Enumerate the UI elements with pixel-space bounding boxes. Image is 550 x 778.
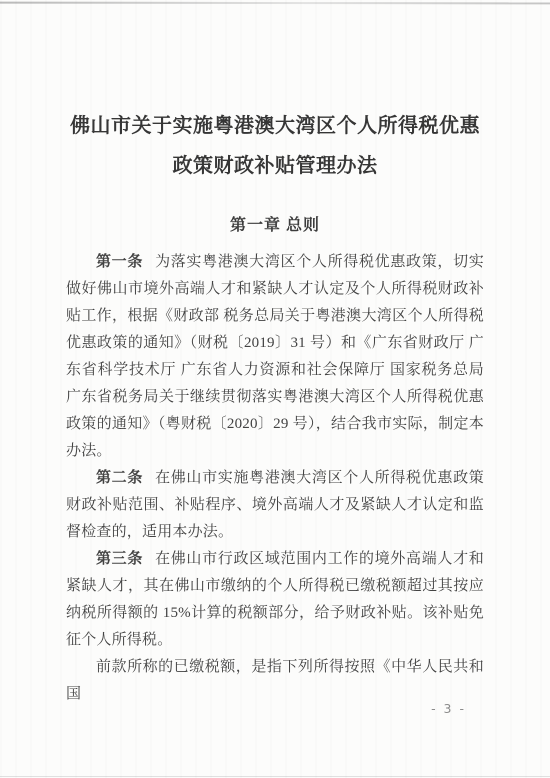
scan-artifact-top-edge: [0, 2, 550, 4]
document-title-line-2: 政策财政补贴管理办法: [0, 146, 550, 186]
article-1-text: 为落实粤港澳大湾区个人所得税优惠政策，切实做好佛山市境外高端人才和紧缺人才认定及…: [66, 254, 484, 459]
scan-artifact-bottom-edge: [0, 776, 550, 777]
article-3-continuation-text: 前款所称的已缴税额，是指下列所得按照《中华人民共和国: [66, 659, 484, 702]
document-title: 佛山市关于实施粤港澳大湾区个人所得税优惠 政策财政补贴管理办法: [0, 106, 550, 186]
document-body: 第一条为落实粤港澳大湾区个人所得税优惠政策，切实做好佛山市境外高端人才和紧缺人才…: [66, 249, 484, 708]
document-title-line-1: 佛山市关于实施粤港澳大湾区个人所得税优惠: [0, 106, 550, 146]
article-3-paragraph: 第三条在佛山市行政区域范围内工作的境外高端人才和紧缺人才，其在佛山市缴纳的个人所…: [66, 546, 484, 654]
article-1-number: 第一条: [96, 254, 143, 270]
document-page: 佛山市关于实施粤港澳大湾区个人所得税优惠 政策财政补贴管理办法 第一章 总则 第…: [0, 0, 550, 778]
article-3-number: 第三条: [96, 551, 143, 567]
article-2-paragraph: 第二条在佛山市实施粤港澳大湾区个人所得税优惠政策财政补贴范围、补贴程序、境外高端…: [66, 465, 484, 546]
article-1-paragraph: 第一条为落实粤港澳大湾区个人所得税优惠政策，切实做好佛山市境外高端人才和紧缺人才…: [66, 249, 484, 465]
article-2-number: 第二条: [96, 470, 143, 486]
article-3-continuation-paragraph: 前款所称的已缴税额，是指下列所得按照《中华人民共和国: [66, 654, 484, 708]
chapter-heading: 第一章 总则: [0, 212, 550, 235]
page-number: - 3 -: [431, 701, 466, 716]
